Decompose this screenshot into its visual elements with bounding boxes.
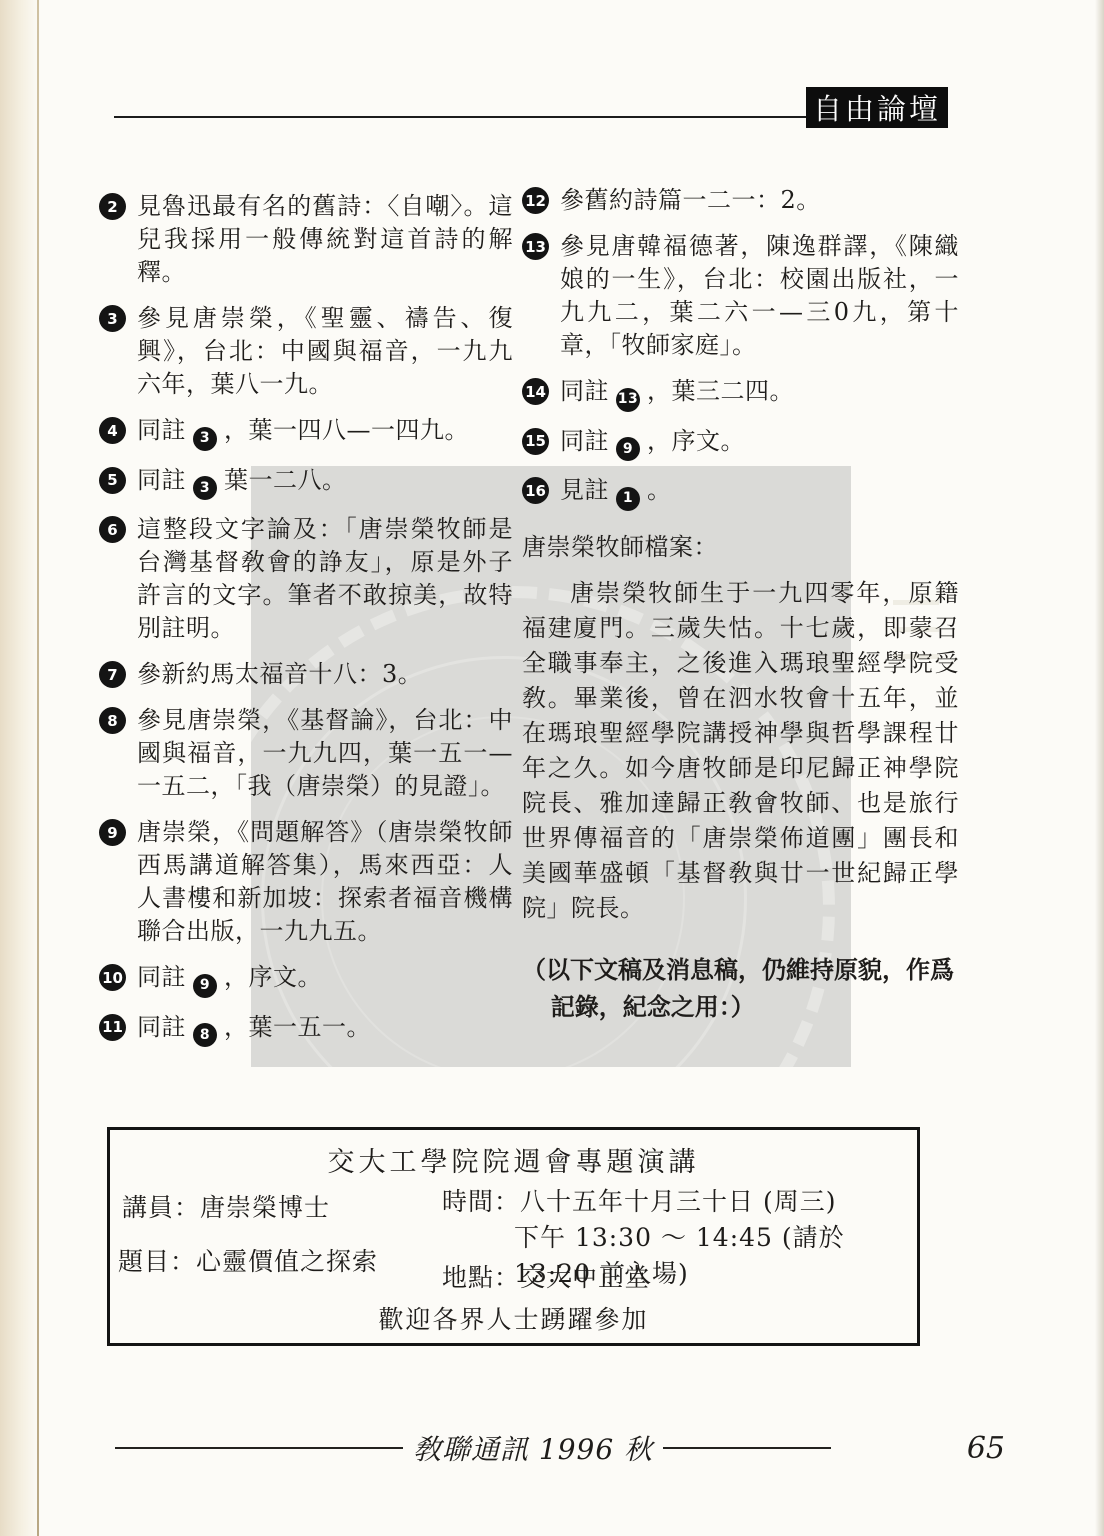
scanned-journal-page: 自由論壇 2 見魯迅最有名的舊詩：〈自嘲〉。這兒我採用一般傳統對這首詩的解釋。 … <box>0 0 1104 1536</box>
profile-body: 唐崇榮牧師生于一九四零年，原籍福建廈門。三歲失怙。十七歲，即蒙召全職事奉主，之後… <box>522 576 959 926</box>
page-footer: 敎聯通訊 1996 秋 65 <box>115 1430 1005 1466</box>
footnote-text: 同註3，葉一四八—一四九。 <box>137 414 513 451</box>
footnote-ref-badge: 1 <box>616 487 640 511</box>
announcement-box: 交大工學院院週會專題演講 講員：唐崇榮博士 時間：八十五年十月三十日 (周三) … <box>107 1127 920 1346</box>
footnote-segment: 參見唐韓福德著，陳逸群譯，《陳織娘的一生》，台北：校園出版社，一九九二，葉二六一… <box>560 232 959 359</box>
page-binding-shadow <box>0 0 40 1536</box>
footnote-segment: ，序文。 <box>647 427 745 455</box>
footnote-column-left: 2 見魯迅最有名的舊詩：〈自嘲〉。這兒我採用一般傳統對這首詩的解釋。 3 參見唐… <box>99 190 513 1060</box>
footnote-text: 唐崇榮，《問題解答》（唐崇榮牧師西馬講道解答集），馬來西亞：人人書樓和新加坡：探… <box>137 816 513 948</box>
footnote-segment: 這整段文字論及：「唐崇榮牧師是台灣基督敎會的諍友」，原是外子許言的文字。筆者不敢… <box>137 515 513 642</box>
footnote-segment: 。 <box>647 476 672 504</box>
footnote-segment: 同註 <box>137 416 186 444</box>
footnote-3: 3 參見唐崇榮，《聖靈、禱告、復興》，台北：中國與福音，一九九六年，葉八一九。 <box>99 302 513 401</box>
footnote-text: 同註9，序文。 <box>137 961 513 998</box>
footnote-text: 參見唐崇榮，《基督論》，台北：中國與福音，一九九四，葉一五一—一五二，「我（唐崇… <box>137 704 513 803</box>
footnote-segment: 參見唐崇榮，《基督論》，台北：中國與福音，一九九四，葉一五一—一五二，「我（唐崇… <box>137 706 513 800</box>
footnote-number-badge: 13 <box>522 233 549 260</box>
footnote-16: 16 見註1。 <box>522 474 959 511</box>
footnote-ref-badge: 3 <box>193 476 217 500</box>
profile-heading: 唐崇榮牧師檔案： <box>522 531 959 564</box>
footnote-column-right: 12 參舊約詩篇一二一：2。 13 參見唐韓福德著，陳逸群譯，《陳織娘的一生》，… <box>522 184 959 1026</box>
footnote-2: 2 見魯迅最有名的舊詩：〈自嘲〉。這兒我採用一般傳統對這首詩的解釋。 <box>99 190 513 289</box>
footer-journal-title: 敎聯通訊 1996 秋 <box>403 1428 663 1468</box>
announcement-title: 交大工學院院週會專題演講 <box>110 1140 917 1179</box>
footer-rule-left <box>115 1447 403 1449</box>
footnote-segment: 參舊約詩篇一二一：2。 <box>560 186 821 214</box>
footnote-segment: 見註 <box>560 476 609 504</box>
footer-rule-right <box>663 1447 831 1449</box>
footnote-7: 7 參新約馬太福音十八：3。 <box>99 658 513 691</box>
footnote-segment: 參見唐崇榮，《聖靈、禱告、復興》，台北：中國與福音，一九九六年，葉八一九。 <box>137 304 513 398</box>
footnote-segment: ，葉三二四。 <box>647 377 794 405</box>
footnote-14: 14 同註13，葉三二四。 <box>522 375 959 412</box>
footnote-4: 4 同註3，葉一四八—一四九。 <box>99 414 513 451</box>
footnote-segment: 參新約馬太福音十八：3。 <box>137 660 422 688</box>
footnote-15: 15 同註9，序文。 <box>522 425 959 462</box>
footnote-segment: ，葉一四八—一四九。 <box>224 416 469 444</box>
section-label: 自由論壇 <box>813 87 941 128</box>
footnote-segment: 葉一二八。 <box>224 466 347 494</box>
footnote-text: 見註1。 <box>560 474 959 511</box>
footnote-number-badge: 14 <box>522 378 549 405</box>
footnote-ref-badge: 9 <box>193 974 217 998</box>
page-edge-shadow <box>1095 0 1104 1536</box>
footnote-text: 同註9，序文。 <box>560 425 959 462</box>
footnote-number-badge: 10 <box>99 964 126 991</box>
footnote-text: 見魯迅最有名的舊詩：〈自嘲〉。這兒我採用一般傳統對這首詩的解釋。 <box>137 190 513 289</box>
footnote-12: 12 參舊約詩篇一二一：2。 <box>522 184 959 217</box>
footer-page-number: 65 <box>967 1431 1005 1466</box>
header-rule <box>114 116 806 118</box>
footnote-6: 6 這整段文字論及：「唐崇榮牧師是台灣基督敎會的諍友」，原是外子許言的文字。筆者… <box>99 513 513 645</box>
footnote-segment: 同註 <box>137 466 186 494</box>
footnote-segment: 同註 <box>137 1013 186 1041</box>
footnote-number-badge: 2 <box>99 193 126 220</box>
footnote-number-badge: 3 <box>99 305 126 332</box>
footnote-number-badge: 6 <box>99 516 126 543</box>
footnote-13: 13 參見唐韓福德著，陳逸群譯，《陳織娘的一生》，台北：校園出版社，一九九二，葉… <box>522 230 959 362</box>
footnote-number-badge: 5 <box>99 467 126 494</box>
footnote-number-badge: 12 <box>522 187 549 214</box>
announcement-venue: 地點：交大中正堂 <box>442 1258 650 1294</box>
footnote-text: 同註8，葉一五一。 <box>137 1011 513 1048</box>
footnote-text: 參新約馬太福音十八：3。 <box>137 658 513 691</box>
footnote-segment: 見魯迅最有名的舊詩：〈自嘲〉。這兒我採用一般傳統對這首詩的解釋。 <box>137 192 513 286</box>
editor-note: （以下文稿及消息稿，仍維持原貌，作爲記錄，紀念之用：） <box>522 952 959 1026</box>
announcement-time-line1: 時間：八十五年十月三十日 (周三) <box>442 1182 836 1218</box>
footnote-segment: 同註 <box>137 963 186 991</box>
footnote-number-badge: 9 <box>99 819 126 846</box>
footnote-number-badge: 16 <box>522 477 549 504</box>
footnote-text: 參見唐韓福德著，陳逸群譯，《陳織娘的一生》，台北：校園出版社，一九九二，葉二六一… <box>560 230 959 362</box>
footnote-text: 同註13，葉三二四。 <box>560 375 959 412</box>
announcement-welcome: 歡迎各界人士踴躍參加 <box>110 1300 917 1336</box>
footnote-ref-badge: 13 <box>616 388 640 412</box>
footnote-number-badge: 8 <box>99 707 126 734</box>
footnote-9: 9 唐崇榮，《問題解答》（唐崇榮牧師西馬講道解答集），馬來西亞：人人書樓和新加坡… <box>99 816 513 948</box>
section-label-box: 自由論壇 <box>806 87 948 128</box>
footnote-number-badge: 7 <box>99 661 126 688</box>
footnote-number-badge: 11 <box>99 1014 126 1041</box>
announcement-speaker: 講員：唐崇榮博士 <box>122 1188 330 1224</box>
footnote-text: 參見唐崇榮，《聖靈、禱告、復興》，台北：中國與福音，一九九六年，葉八一九。 <box>137 302 513 401</box>
footnote-ref-badge: 9 <box>616 437 640 461</box>
footnote-segment: 唐崇榮，《問題解答》（唐崇榮牧師西馬講道解答集），馬來西亞：人人書樓和新加坡：探… <box>137 818 513 945</box>
footnote-ref-badge: 8 <box>193 1023 217 1047</box>
footnote-text: 同註3葉一二八。 <box>137 464 513 501</box>
footnote-ref-badge: 3 <box>193 427 217 451</box>
footnote-text: 參舊約詩篇一二一：2。 <box>560 184 959 217</box>
footnote-5: 5 同註3葉一二八。 <box>99 464 513 501</box>
announcement-topic: 題目：心靈價值之探索 <box>118 1242 378 1278</box>
footnote-segment: 同註 <box>560 427 609 455</box>
footnote-segment: ，葉一五一。 <box>224 1013 371 1041</box>
footnote-number-badge: 15 <box>522 428 549 455</box>
footnote-number-badge: 4 <box>99 417 126 444</box>
footnote-segment: 同註 <box>560 377 609 405</box>
footnote-11: 11 同註8，葉一五一。 <box>99 1011 513 1048</box>
footnote-text: 這整段文字論及：「唐崇榮牧師是台灣基督敎會的諍友」，原是外子許言的文字。筆者不敢… <box>137 513 513 645</box>
footnote-8: 8 參見唐崇榮，《基督論》，台北：中國與福音，一九九四，葉一五一—一五二，「我（… <box>99 704 513 803</box>
footnote-segment: ，序文。 <box>224 963 322 991</box>
footnote-10: 10 同註9，序文。 <box>99 961 513 998</box>
